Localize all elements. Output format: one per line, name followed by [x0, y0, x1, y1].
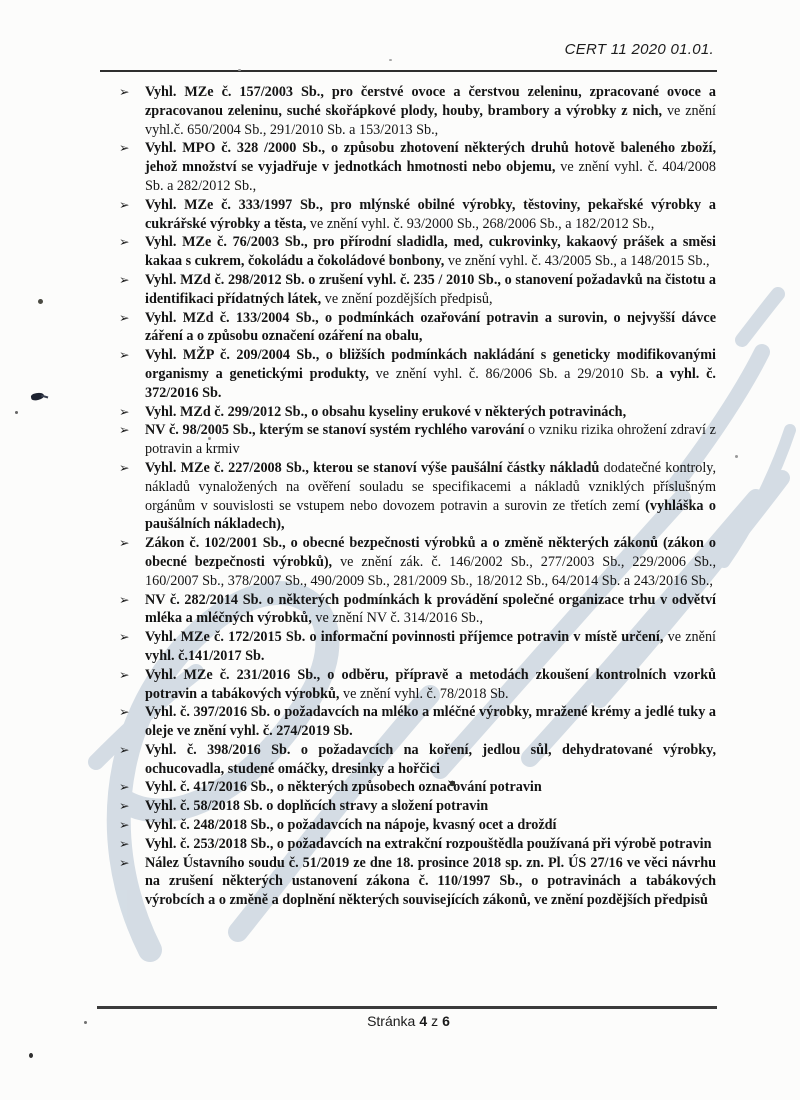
scan-speck [84, 1021, 87, 1024]
regulation-text: Vyhl. MZe č. 333/1997 Sb., pro mlýnské o… [145, 197, 716, 232]
list-item: ➢ NV č. 282/2014 Sb. o některých podmínk… [118, 591, 716, 629]
regulation-text: Vyhl. MZe č. 157/2003 Sb., pro čerstvé o… [145, 84, 716, 138]
regulation-text-segment: Vyhl. č. 248/2018 Sb., o požadavcích na … [145, 817, 557, 833]
arrow-bullet-icon: ➢ [119, 534, 129, 553]
regulation-text: Vyhl. MPO č. 328 /2000 Sb., o způsobu zh… [145, 140, 716, 194]
regulation-text-segment: vyhl. č.141/2017 Sb. [145, 648, 264, 664]
regulation-text: Nález Ústavního soudu č. 51/2019 ze dne … [145, 855, 716, 909]
list-item: ➢ Vyhl. č. 417/2016 Sb., o některých způ… [118, 778, 716, 797]
regulation-list: ➢ Vyhl. MZe č. 157/2003 Sb., pro čerstvé… [118, 83, 716, 910]
scan-speck [735, 455, 738, 458]
arrow-bullet-icon: ➢ [119, 403, 129, 422]
regulation-text: Vyhl. č. 253/2018 Sb., o požadavcích na … [145, 836, 712, 852]
regulation-text-segment: Nález Ústavního soudu č. 51/2019 ze dne … [145, 855, 716, 909]
arrow-bullet-icon: ➢ [119, 703, 129, 722]
arrow-bullet-icon: ➢ [119, 421, 129, 440]
regulation-text: Vyhl. MZe č. 227/2008 Sb., kterou se sta… [145, 460, 716, 532]
regulation-text: Vyhl. MZd č. 298/2012 Sb. o zrušení vyhl… [145, 272, 716, 307]
regulation-text-segment: Vyhl. č. 398/2016 Sb. o požadavcích na k… [145, 742, 716, 777]
scan-speck [238, 69, 241, 71]
arrow-bullet-icon: ➢ [119, 346, 129, 365]
list-item: ➢ Vyhl. MZe č. 76/2003 Sb., pro přírodní… [118, 233, 716, 271]
regulation-text: Zákon č. 102/2001 Sb., o obecné bezpečno… [145, 535, 716, 589]
list-item: ➢ Vyhl. MZe č. 333/1997 Sb., pro mlýnské… [118, 196, 716, 234]
arrow-bullet-icon: ➢ [119, 591, 129, 610]
document-page: CERT 11 2020 01.01. ➢ Vyhl. MZe č. 157/2… [0, 0, 800, 1100]
regulation-text-segment: ve znění vyhl. č. 43/2005 Sb., a 148/201… [444, 253, 709, 269]
regulation-text: Vyhl. č. 58/2018 Sb. o doplňcích stravy … [145, 798, 488, 814]
regulation-text-segment: ve znění NV č. 314/2016 Sb., [312, 610, 483, 626]
page-label: Stránka [365, 1013, 417, 1029]
regulation-text-segment: ve znění vyhl. č. 93/2000 Sb., 268/2006 … [306, 216, 654, 232]
regulation-text: Vyhl. č. 398/2016 Sb. o požadavcích na k… [145, 742, 716, 777]
regulation-text: Vyhl. MZd č. 133/2004 Sb., o podmínkách … [145, 310, 716, 345]
scan-speck [38, 299, 43, 304]
list-item: ➢ Vyhl. MZd č. 133/2004 Sb., o podmínkác… [118, 309, 716, 347]
regulation-text-segment: ve znění [663, 629, 716, 645]
regulation-text-segment: Vyhl. MZd č. 133/2004 Sb., o podmínkách … [145, 310, 716, 345]
list-item: ➢ Vyhl. č. 397/2016 Sb. o požadavcích na… [118, 703, 716, 741]
arrow-bullet-icon: ➢ [119, 797, 129, 816]
page-of-separator: z [429, 1013, 440, 1029]
list-item: ➢ Vyhl. MZe č. 231/2016 Sb., o odběru, p… [118, 666, 716, 704]
regulation-text-segment: Vyhl. MZe č. 157/2003 Sb., pro čerstvé o… [145, 84, 716, 119]
regulation-text-segment: Vyhl. č. 253/2018 Sb., o požadavcích na … [145, 836, 712, 852]
list-item: ➢ Vyhl. MŽP č. 209/2004 Sb., o bližších … [118, 346, 716, 402]
list-item: ➢ Vyhl. MZe č. 227/2008 Sb., kterou se s… [118, 459, 716, 534]
regulation-text: Vyhl. MZd č. 299/2012 Sb., o obsahu kyse… [145, 404, 626, 420]
arrow-bullet-icon: ➢ [119, 309, 129, 328]
list-item: ➢ Vyhl. MZd č. 298/2012 Sb. o zrušení vy… [118, 271, 716, 309]
regulation-text: Vyhl. MZe č. 231/2016 Sb., o odběru, pří… [145, 667, 716, 702]
header-rule [100, 70, 717, 72]
regulation-text: Vyhl. MŽP č. 209/2004 Sb., o bližších po… [145, 347, 716, 401]
arrow-bullet-icon: ➢ [119, 666, 129, 685]
scan-speck [389, 59, 392, 61]
scan-speck [29, 1053, 33, 1058]
list-item: ➢ NV č. 98/2005 Sb., kterým se stanoví s… [118, 421, 716, 459]
arrow-bullet-icon: ➢ [119, 459, 129, 478]
regulation-text: NV č. 282/2014 Sb. o některých podmínkác… [145, 592, 716, 627]
regulation-text-segment: NV č. 98/2005 Sb., kterým se stanoví sys… [145, 422, 524, 438]
list-item: ➢ Vyhl. č. 398/2016 Sb. o požadavcích na… [118, 741, 716, 779]
list-item: ➢ Nález Ústavního soudu č. 51/2019 ze dn… [118, 854, 716, 910]
arrow-bullet-icon: ➢ [119, 816, 129, 835]
document-code: CERT 11 2020 01.01. [565, 41, 714, 58]
list-item: ➢ Vyhl. MZe č. 157/2003 Sb., pro čerstvé… [118, 83, 716, 139]
page-footer: Stránka4z6 [100, 1013, 717, 1029]
arrow-bullet-icon: ➢ [119, 83, 129, 102]
scan-speck [208, 437, 211, 440]
scan-speck [450, 781, 455, 786]
regulation-text-segment: Vyhl. MZe č. 227/2008 Sb., kterou se sta… [145, 460, 599, 476]
list-item: ➢ Zákon č. 102/2001 Sb., o obecné bezpeč… [118, 534, 716, 590]
footer-rule [97, 1006, 717, 1009]
regulation-text-segment: Vyhl. MZe č. 172/2015 Sb. o informační p… [145, 629, 663, 645]
list-item: ➢ Vyhl. MZe č. 172/2015 Sb. o informační… [118, 628, 716, 666]
list-item: ➢ Vyhl. č. 253/2018 Sb., o požadavcích n… [118, 835, 716, 854]
regulation-text-segment: ve znění vyhl. č. 86/2006 Sb. a 29/2010 … [369, 366, 656, 382]
regulation-text-segment: Vyhl. č. 417/2016 Sb., o některých způso… [145, 779, 542, 795]
arrow-bullet-icon: ➢ [119, 741, 129, 760]
regulation-text: NV č. 98/2005 Sb., kterým se stanoví sys… [145, 422, 716, 457]
regulation-text-segment: Vyhl. č. 58/2018 Sb. o doplňcích stravy … [145, 798, 488, 814]
list-item: ➢ Vyhl. č. 248/2018 Sb., o požadavcích n… [118, 816, 716, 835]
arrow-bullet-icon: ➢ [119, 854, 129, 873]
list-item: ➢ Vyhl. MPO č. 328 /2000 Sb., o způsobu … [118, 139, 716, 195]
total-pages-number: 6 [440, 1013, 452, 1029]
arrow-bullet-icon: ➢ [119, 271, 129, 290]
regulation-text: Vyhl. č. 397/2016 Sb. o požadavcích na m… [145, 704, 716, 739]
arrow-bullet-icon: ➢ [119, 196, 129, 215]
regulation-text: Vyhl. č. 417/2016 Sb., o některých způso… [145, 779, 542, 795]
list-item: ➢ Vyhl. č. 58/2018 Sb. o doplňcích strav… [118, 797, 716, 816]
arrow-bullet-icon: ➢ [119, 835, 129, 854]
regulation-text: Vyhl. MZe č. 172/2015 Sb. o informační p… [145, 629, 716, 664]
arrow-bullet-icon: ➢ [119, 628, 129, 647]
arrow-bullet-icon: ➢ [119, 233, 129, 252]
list-item: ➢ Vyhl. MZd č. 299/2012 Sb., o obsahu ky… [118, 403, 716, 422]
arrow-bullet-icon: ➢ [119, 778, 129, 797]
regulation-text-segment: Vyhl. č. 397/2016 Sb. o požadavcích na m… [145, 704, 716, 739]
arrow-bullet-icon: ➢ [119, 139, 129, 158]
scan-speck [30, 392, 44, 402]
regulation-text-segment: Vyhl. MZd č. 299/2012 Sb., o obsahu kyse… [145, 404, 626, 420]
regulation-text: Vyhl. MZe č. 76/2003 Sb., pro přírodní s… [145, 234, 716, 269]
regulation-text-segment: ve znění vyhl. č. 78/2018 Sb. [339, 686, 508, 702]
scan-speck [15, 411, 18, 414]
regulation-text-segment: ve znění pozdějších předpisů, [321, 291, 492, 307]
current-page-number: 4 [417, 1013, 429, 1029]
regulation-text: Vyhl. č. 248/2018 Sb., o požadavcích na … [145, 817, 557, 833]
